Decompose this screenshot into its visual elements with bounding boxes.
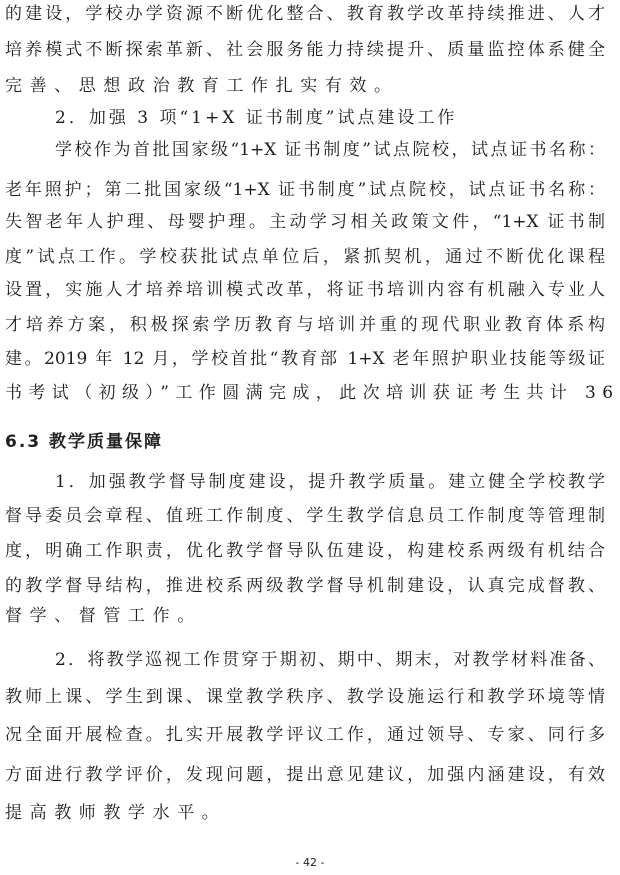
body-line: 建。2019 年 12 月，学校首批“教育部 1+X 老年照护职业技能等级证 bbox=[5, 348, 605, 370]
body-line: 的教学督导结构，推进校系两级教学督导机制建设，认真完成督教、 bbox=[5, 575, 605, 597]
subsection-title: 2．加强 3 项“1+X 证书制度”试点建设工作 bbox=[55, 107, 605, 129]
body-line: 度，明确工作职责，优化教学督导队伍建设，构建校系两级有机结合 bbox=[5, 540, 605, 562]
body-line: 况全面开展检查。扎实开展教学评议工作，通过领导、专家、同行多 bbox=[5, 724, 605, 746]
body-line: 督学、督管工作。 bbox=[5, 605, 605, 627]
intro-line: 培养模式不断探索革新、社会服务能力持续提升、质量监控体系健全 bbox=[5, 39, 605, 61]
body-line: 提高教师教学水平。 bbox=[5, 802, 605, 824]
body-line: 2．将教学巡视工作贯穿于期初、期中、期末，对教学材料准备、 bbox=[55, 649, 605, 671]
body-line: 失智老年人护理、母婴护理。主动学习相关政策文件，“1+X 证书制 bbox=[5, 211, 605, 233]
body-line: 老年照护；第二批国家级“1+X 证书制度”试点院校，试点证书名称： bbox=[5, 179, 605, 201]
body-line: 督导委员会章程、值班工作制度、学生教学信息员工作制度等管理制 bbox=[5, 505, 605, 527]
body-line: 方面进行教学评价，发现问题，提出意见建议，加强内涵建设，有效 bbox=[5, 764, 605, 786]
page-number: - 42 - bbox=[0, 856, 620, 869]
section-heading: 6.3 教学质量保障 bbox=[5, 431, 163, 453]
body-line: 1．加强教学督导制度建设，提升教学质量。建立健全学校教学 bbox=[55, 471, 605, 493]
body-line: 教师上课、学生到课、课堂教学秩序、教学设施运行和教学环境等情 bbox=[5, 686, 605, 708]
body-line: 才培养方案，积极探索学历教育与培训并重的现代职业教育体系构 bbox=[5, 314, 605, 336]
intro-line: 的建设，学校办学资源不断优化整合、教育教学改革持续推进、人才 bbox=[5, 3, 605, 25]
body-line: 设置，实施人才培养培训模式改革，将证书培训内容有机融入专业人 bbox=[5, 279, 605, 301]
intro-line: 完善、思想政治教育工作扎实有效。 bbox=[5, 75, 605, 97]
body-line: 度”试点工作。学校获批试点单位后，紧抓契机，通过不断优化课程 bbox=[5, 246, 605, 268]
body-line: 学校作为首批国家级“1+X 证书制度”试点院校，试点证书名称： bbox=[55, 139, 605, 161]
body-line: 书考试（初级）”工作圆满完成，此次培训获证考生共计 360 名。 bbox=[5, 382, 605, 404]
